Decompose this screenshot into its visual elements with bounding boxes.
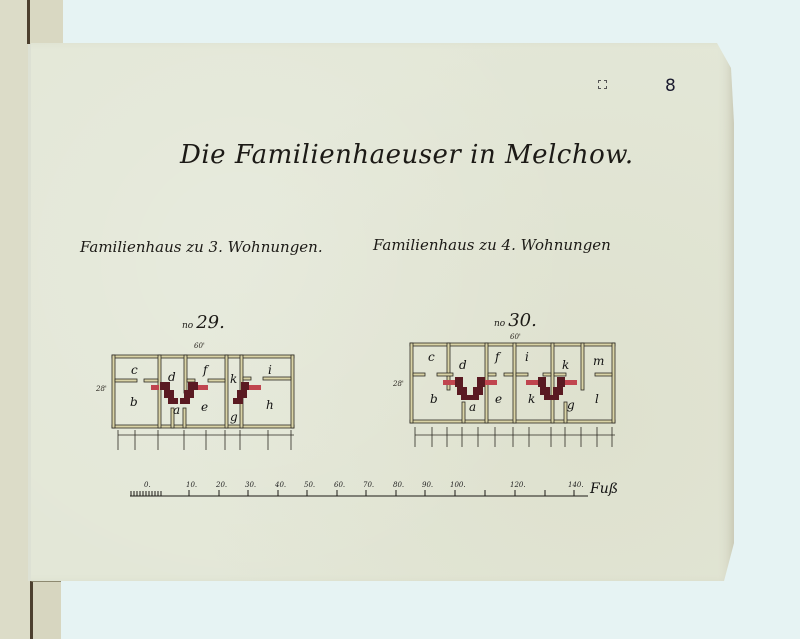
room-g: g — [230, 410, 238, 424]
width-dimension: 60' — [194, 342, 205, 350]
plan-heading-30: Familienhaus zu 4. Wohnungen — [373, 236, 611, 254]
room-f: f — [495, 350, 499, 364]
left-binding-edge — [0, 0, 31, 639]
room-c: c — [131, 363, 138, 377]
scale-unit-label: Fuß — [590, 481, 618, 497]
room-k: k — [230, 372, 237, 386]
floor-plan-29: 60' 28' c d f k i b a e g h — [108, 330, 300, 455]
scale-tick-label: 40. — [275, 481, 286, 489]
scale-tick-label: 90. — [422, 481, 433, 489]
scale-tick-label: 100. — [450, 481, 466, 489]
depth-dimension: 28' — [393, 380, 404, 388]
room-b: b — [430, 392, 438, 406]
room-i: i — [268, 363, 272, 377]
binding-tab-bottom — [30, 581, 61, 639]
room-b: b — [130, 395, 138, 409]
scale-tick-label: 0. — [144, 481, 151, 489]
room-k-lower: k — [528, 392, 535, 406]
scale-tick-label: 20. — [216, 481, 227, 489]
scale-tick-label: 60. — [334, 481, 345, 489]
plan-number-30: no30. — [494, 310, 537, 331]
corner-mark — [598, 80, 607, 89]
room-g: g — [567, 398, 575, 412]
width-dimension: 60' — [510, 333, 521, 341]
scale-tick-label: 50. — [304, 481, 315, 489]
room-k-upper: k — [562, 358, 569, 372]
scale-tick-label: 120. — [510, 481, 526, 489]
room-d: d — [168, 370, 176, 384]
scale-tick-label: 70. — [363, 481, 374, 489]
room-i: i — [525, 350, 529, 364]
scale-tick-label: 30. — [245, 481, 256, 489]
room-f: f — [203, 363, 207, 377]
room-a: a — [469, 400, 476, 414]
room-m: m — [593, 354, 604, 368]
scale-tick-label: 10. — [186, 481, 197, 489]
room-l: l — [595, 392, 599, 406]
page-number: 8 — [665, 76, 676, 96]
room-e: e — [495, 392, 502, 406]
scale-bar: 0. 10. 20. 30. 40. 50. 60. 70. 80. 90. 1… — [130, 480, 590, 510]
room-c: c — [428, 350, 435, 364]
room-e: e — [201, 400, 208, 414]
floor-plan-30: 60' 28' c d f i k m b a e k g l — [405, 330, 620, 455]
scale-tick-label: 140. — [568, 481, 584, 489]
binding-tab-top — [27, 0, 63, 44]
room-d: d — [459, 358, 467, 372]
room-h: h — [266, 398, 274, 412]
plan-heading-29: Familienhaus zu 3. Wohnungen. — [80, 238, 323, 256]
scale-tick-label: 80. — [393, 481, 404, 489]
depth-dimension: 28' — [96, 385, 107, 393]
room-a: a — [173, 403, 180, 417]
sheet-title: Die Familienhaeuser in Melchow. — [180, 140, 634, 170]
